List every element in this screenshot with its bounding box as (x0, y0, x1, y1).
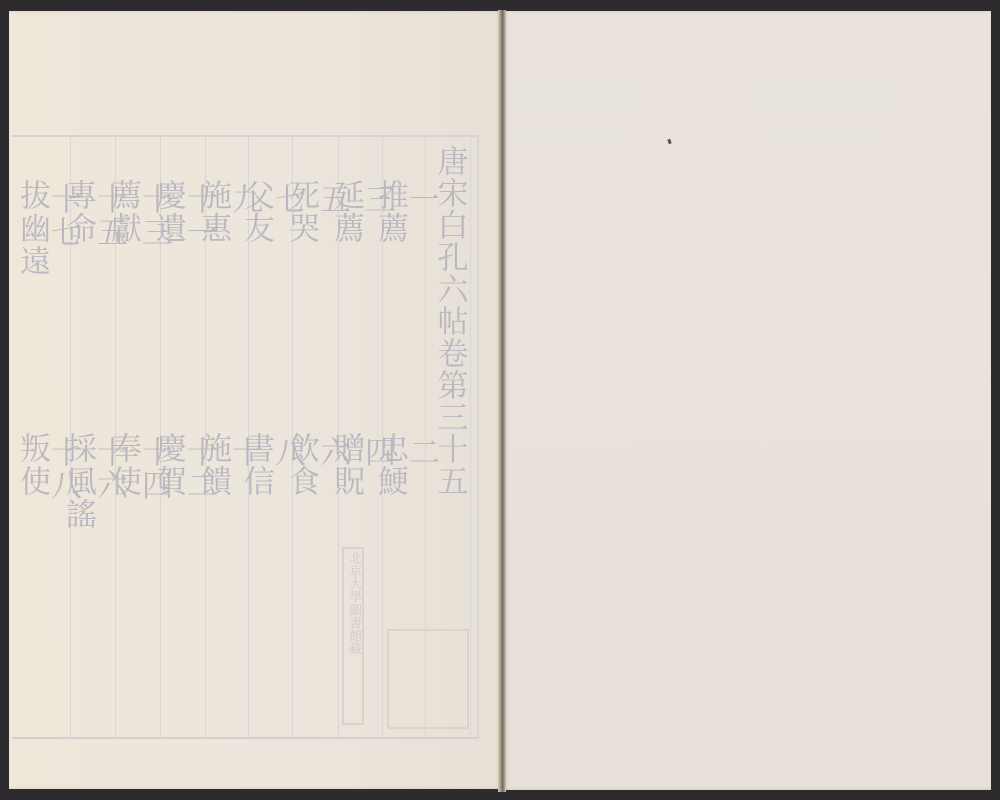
toc-column-9: 拔幽遠 十七 叛使 十八 (26, 145, 68, 729)
library-seal: 北京大學圖書館藏 (342, 547, 364, 725)
column-rule (470, 137, 471, 737)
printed-frame: 唐宋白孔六帖卷第三十五 推薦 一 忠鯁 二 延薦 三 贈貺 四 (12, 135, 479, 739)
right-page (504, 11, 991, 790)
book-gutter (498, 10, 506, 792)
toc-entry: 拔幽遠 十七 (26, 179, 68, 278)
red-seal-impression (387, 629, 469, 729)
toc-entry: 叛使 十八 (26, 432, 68, 502)
book-spread: 唐宋白孔六帖卷第三十五 推薦 一 忠鯁 二 延薦 三 贈貺 四 (0, 0, 1000, 800)
paper-speck (667, 139, 672, 145)
